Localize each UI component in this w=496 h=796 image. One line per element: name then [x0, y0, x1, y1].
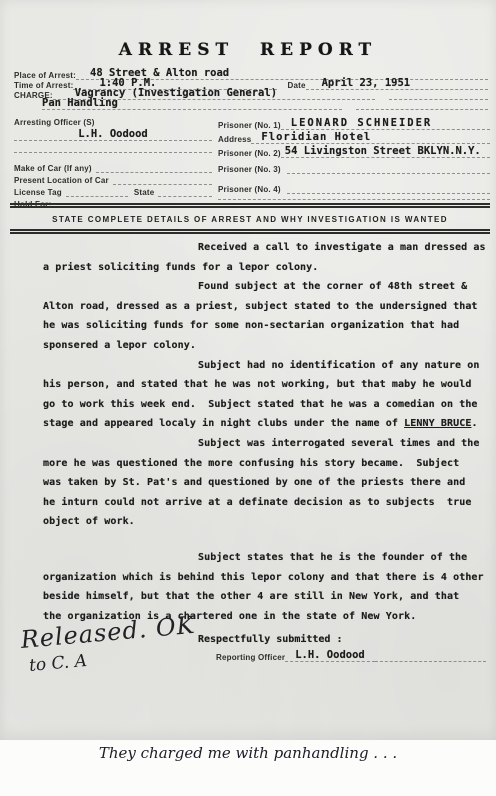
- prisoner4-line: [287, 184, 490, 194]
- prisoner4-row: Prisoner (No. 4): [218, 184, 490, 194]
- charge2-blank-line: [356, 108, 488, 110]
- reporting-officer-value: L.H. Oodood: [285, 650, 375, 662]
- prisoner-blank-line: [218, 198, 490, 200]
- license-tag-line: [66, 195, 128, 197]
- narrative-line: object of work.: [43, 512, 483, 532]
- paragraph-gap: [43, 532, 483, 548]
- narrative-line: organization which is behind this lepor …: [43, 568, 483, 588]
- make-of-car-label: Make of Car (If any): [14, 164, 92, 173]
- arresting-officer-label: Arresting Officer (S): [14, 118, 212, 127]
- prisoner2-row: Prisoner (No. 2) 54 Livingston Street BK…: [218, 146, 490, 158]
- narrative-line-lenny: stage and appeared localy in night clubs…: [43, 414, 483, 434]
- prisoner-spacer-2: [218, 174, 490, 184]
- prisoner1-row: Prisoner (No. 1) LEONARD SCHNEIDER: [218, 118, 490, 130]
- narrative-line: he was soliciting funds for some non-sec…: [43, 316, 483, 336]
- lenny-line-pre: stage and appeared localy in night clubs…: [43, 418, 404, 429]
- address-row: Address Floridian Hotel: [218, 132, 490, 144]
- car-location-row: Present Location of Car: [14, 176, 212, 185]
- narrative-line: Subject was interrogated several times a…: [43, 434, 483, 454]
- prisoner2-label: Prisoner (No. 2): [218, 149, 281, 158]
- prisoner4-label: Prisoner (No. 4): [218, 185, 281, 194]
- narrative-line: Subject had no identification of any nat…: [43, 356, 483, 376]
- respectfully-submitted: Respectfully submitted :: [198, 634, 343, 645]
- arresting-officer-value: L.H. Oodood: [14, 129, 212, 141]
- prisoner3-label: Prisoner (No. 3): [218, 165, 281, 174]
- narrative-line: sponsered a lepor colony.: [43, 336, 483, 356]
- narrative-line: go to work this week end. Subject stated…: [43, 395, 483, 415]
- prisoner-column: Prisoner (No. 1) LEONARD SCHNEIDER Addre…: [218, 118, 490, 200]
- license-tag-label: License Tag: [14, 188, 62, 197]
- narrative-line: beside himself, but that the other 4 are…: [43, 587, 483, 607]
- photo-caption: They charged me with panhandling . . .: [0, 744, 496, 762]
- handwritten-note-2: to C. A: [28, 651, 87, 676]
- address-label: Address: [218, 135, 251, 144]
- address-value: Floridian Hotel: [251, 132, 490, 144]
- reporting-officer-row: Reporting Officer L.H. Oodood: [216, 650, 486, 662]
- report-narrative: Received a call to investigate a man dre…: [43, 238, 483, 626]
- narrative-line: more he was questioned the more confusin…: [43, 454, 483, 474]
- narrative-line: he inturn could not arrive at a definate…: [43, 493, 483, 513]
- prisoner2-value: 54 Livingston Street BKLYN.N.Y.: [281, 146, 490, 158]
- narrative-line: a priest soliciting funds for a lepor co…: [43, 258, 483, 278]
- prisoner3-line: [287, 164, 490, 174]
- narrative-line: was taken by St. Pat's and questioned by…: [43, 473, 483, 493]
- car-location-label: Present Location of Car: [14, 176, 109, 185]
- reporting-officer-line: [375, 660, 486, 662]
- officer-column: Arresting Officer (S) L.H. Oodood Make o…: [14, 118, 212, 209]
- narrative-line: Found subject at the corner of 48th stre…: [43, 277, 483, 297]
- prisoner1-value: LEONARD SCHNEIDER: [281, 118, 490, 130]
- report-title: ARREST REPORT: [0, 40, 496, 60]
- narrative-line: his person, and stated that he was not w…: [43, 375, 483, 395]
- details-banner-text: STATE COMPLETE DETAILS OF ARREST AND WHY…: [52, 215, 448, 224]
- arrest-report-scan: ARREST REPORT Place of Arrest: 48 Street…: [0, 0, 496, 740]
- make-of-car-line: [96, 171, 212, 173]
- license-row: License Tag State: [14, 188, 212, 197]
- narrative-line: Subject states that he is the founder of…: [43, 548, 483, 568]
- charge-value-2: Pan Handling: [42, 98, 342, 110]
- reporting-officer-label: Reporting Officer: [216, 653, 285, 662]
- state-line: [158, 195, 212, 197]
- narrative-line: Alton road, dressed as a priest, subject…: [43, 297, 483, 317]
- lenny-bruce-name: LENNY BRUCE: [404, 418, 471, 429]
- officer-spacer: [14, 153, 212, 161]
- state-label: State: [134, 188, 155, 197]
- lenny-line-post: .: [471, 418, 477, 429]
- prisoner1-label: Prisoner (No. 1): [218, 121, 281, 130]
- narrative-line: Received a call to investigate a man dre…: [43, 238, 483, 258]
- car-location-line: [113, 183, 212, 185]
- prisoner3-row: Prisoner (No. 3): [218, 164, 490, 174]
- details-banner: STATE COMPLETE DETAILS OF ARREST AND WHY…: [10, 203, 490, 234]
- make-of-car-row: Make of Car (If any): [14, 164, 212, 173]
- charge-row-2: Pan Handling: [14, 98, 488, 110]
- officer-blank-line: [14, 141, 212, 153]
